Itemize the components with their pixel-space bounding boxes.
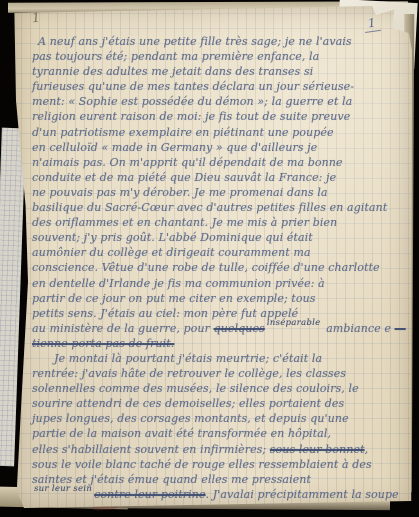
manuscript-line: d'un patriotisme exemplaire en piétinant… [32, 126, 406, 141]
manuscript-line: tyrannie des adultes me jetait dans des … [32, 65, 406, 80]
handwritten-text: sourire attendri de ces demoiselles; ell… [32, 397, 344, 410]
handwritten-text: jupes longues, des corsages montants, et… [32, 412, 349, 425]
handwritten-text: souvent; j'y pris goût. L'abbé Dominique… [32, 231, 313, 244]
manuscript-line: n'aimais pas. On m'apprit qu'il dépendai… [32, 156, 406, 171]
manuscript-line: aumônier du collège et dirigeait couramm… [32, 246, 406, 261]
handwritten-text: conduite et de ma piété que Dieu sauvât … [32, 171, 336, 184]
handwritten-text: tyrannie des adultes me jetait dans des … [32, 65, 313, 78]
handwritten-text: n'aimais pas. On m'apprit qu'il dépendai… [32, 156, 343, 169]
handwritten-text: petits sens. J'étais au ciel: mon père f… [32, 307, 298, 320]
manuscript-line: pas toujours été; pendant ma première en… [32, 50, 406, 65]
struck-text: sous leur bonnet [270, 443, 365, 456]
handwritten-text: A neuf ans j'étais une petite fille très… [38, 35, 352, 48]
handwritten-text: sous le voile blanc taché de rouge elles… [32, 458, 372, 471]
struck-text: tienne porta pas de fruit. [32, 337, 174, 350]
manuscript-line: petits sens. J'étais au ciel: mon père f… [32, 307, 406, 322]
struck-text: quelques [214, 322, 265, 335]
handwritten-text: en celluloïd « made in Germany » que d'a… [32, 141, 317, 154]
manuscript-line: sous le voile blanc taché de rouge elles… [32, 458, 406, 473]
handwritten-text: . J'avalai précipitamment la soupe [205, 488, 398, 501]
page-number-ink: 1 [363, 15, 381, 33]
manuscript-line: Je montai là pourtant j'étais meurtrie; … [32, 352, 406, 367]
manuscript-line: basilique du Sacré-Cœur avec d'autres pe… [32, 201, 406, 216]
manuscript-line: souvent; j'y pris goût. L'abbé Dominique… [32, 231, 406, 246]
manuscript-sheet: 1 1 A neuf ans j'étais une petite fille … [12, 5, 412, 508]
handwritten-text: elles s'habillaient souvent en infirmièr… [32, 443, 270, 456]
struck-text: contre leur poitrine [94, 488, 205, 501]
manuscript-line: conduite et de ma piété que Dieu sauvât … [32, 171, 406, 186]
handwritten-text: basilique du Sacré-Cœur avec d'autres pe… [32, 201, 387, 214]
handwritten-text: solennelles comme des musées, le silence… [32, 382, 359, 395]
handwritten-text: en dentelle d'Irlande je fis ma communio… [32, 277, 325, 290]
handwritten-text: ne pouvais pas m'y dérober. Je me promen… [32, 186, 327, 199]
manuscript-line: solennelles comme des musées, le silence… [32, 382, 406, 397]
struck-text: — [395, 322, 406, 335]
manuscript-line: en celluloïd « made in Germany » que d'a… [32, 141, 406, 156]
interline-insert: inséparable [267, 318, 321, 328]
manuscript-line: des oriflammes et en chantant. Je me mis… [32, 216, 406, 231]
handwritten-text: aumônier du collège et dirigeait couramm… [32, 246, 311, 259]
manuscript-line: furieuses qu'une de mes tantes déclara u… [32, 80, 406, 95]
interline-insert: sur leur sein [34, 484, 92, 494]
handwritten-text: ment: « Sophie est possédée du démon »; … [32, 95, 352, 108]
handwritten-text: religion eurent raison de moi: je fis to… [32, 110, 350, 123]
handwritten-text: rentrée: j'avais hâte de retrouver le co… [32, 367, 346, 380]
handwritten-text: partir de ce jour on put me citer en exe… [32, 292, 315, 305]
manuscript-line: religion eurent raison de moi: je fis to… [32, 110, 406, 125]
manuscript-line: partie de la maison avait été transformé… [32, 427, 406, 442]
manuscript-line: en dentelle d'Irlande je fis ma communio… [32, 277, 406, 292]
handwritten-text: ambiance e [322, 322, 394, 335]
page-number-pencil: 1 [31, 11, 41, 27]
manuscript-line: ne pouvais pas m'y dérober. Je me promen… [32, 186, 406, 201]
manuscript-line: jupes longues, des corsages montants, et… [32, 412, 406, 427]
manuscript-line: tienne porta pas de fruit. [32, 337, 406, 352]
manuscript-line: au ministère de la guerre, pour quelques… [32, 322, 406, 337]
handwritten-text: au ministère de la guerre, pour [32, 322, 214, 335]
handwritten-text: des oriflammes et en chantant. Je me mis… [32, 216, 337, 229]
handwritten-text: conscience. Vêtue d'une robe de tulle, c… [32, 261, 380, 274]
handwritten-text: Je montai là pourtant j'étais meurtrie; … [54, 352, 322, 365]
manuscript-line: sur leur seincontre leur poitrine. J'ava… [32, 488, 406, 503]
handwritten-text: d'un patriotisme exemplaire en piétinant… [32, 126, 334, 139]
handwritten-text: , [365, 443, 369, 456]
manuscript-line: rentrée: j'avais hâte de retrouver le co… [32, 367, 406, 382]
handwritten-text: partie de la maison avait été transformé… [32, 427, 331, 440]
manuscript-line: elles s'habillaient souvent en infirmièr… [32, 443, 406, 458]
handwritten-text: pas toujours été; pendant ma première en… [32, 50, 319, 63]
manuscript-line: partir de ce jour on put me citer en exe… [32, 292, 406, 307]
manuscript-line: ment: « Sophie est possédée du démon »; … [32, 95, 406, 110]
manuscript-line: A neuf ans j'étais une petite fille très… [32, 35, 406, 50]
text-area: A neuf ans j'étais une petite fille très… [32, 35, 406, 503]
manuscript-line: conscience. Vêtue d'une robe de tulle, c… [32, 261, 406, 276]
handwritten-text: furieuses qu'une de mes tantes déclara u… [32, 80, 354, 93]
manuscript-line: sourire attendri de ces demoiselles; ell… [32, 397, 406, 412]
